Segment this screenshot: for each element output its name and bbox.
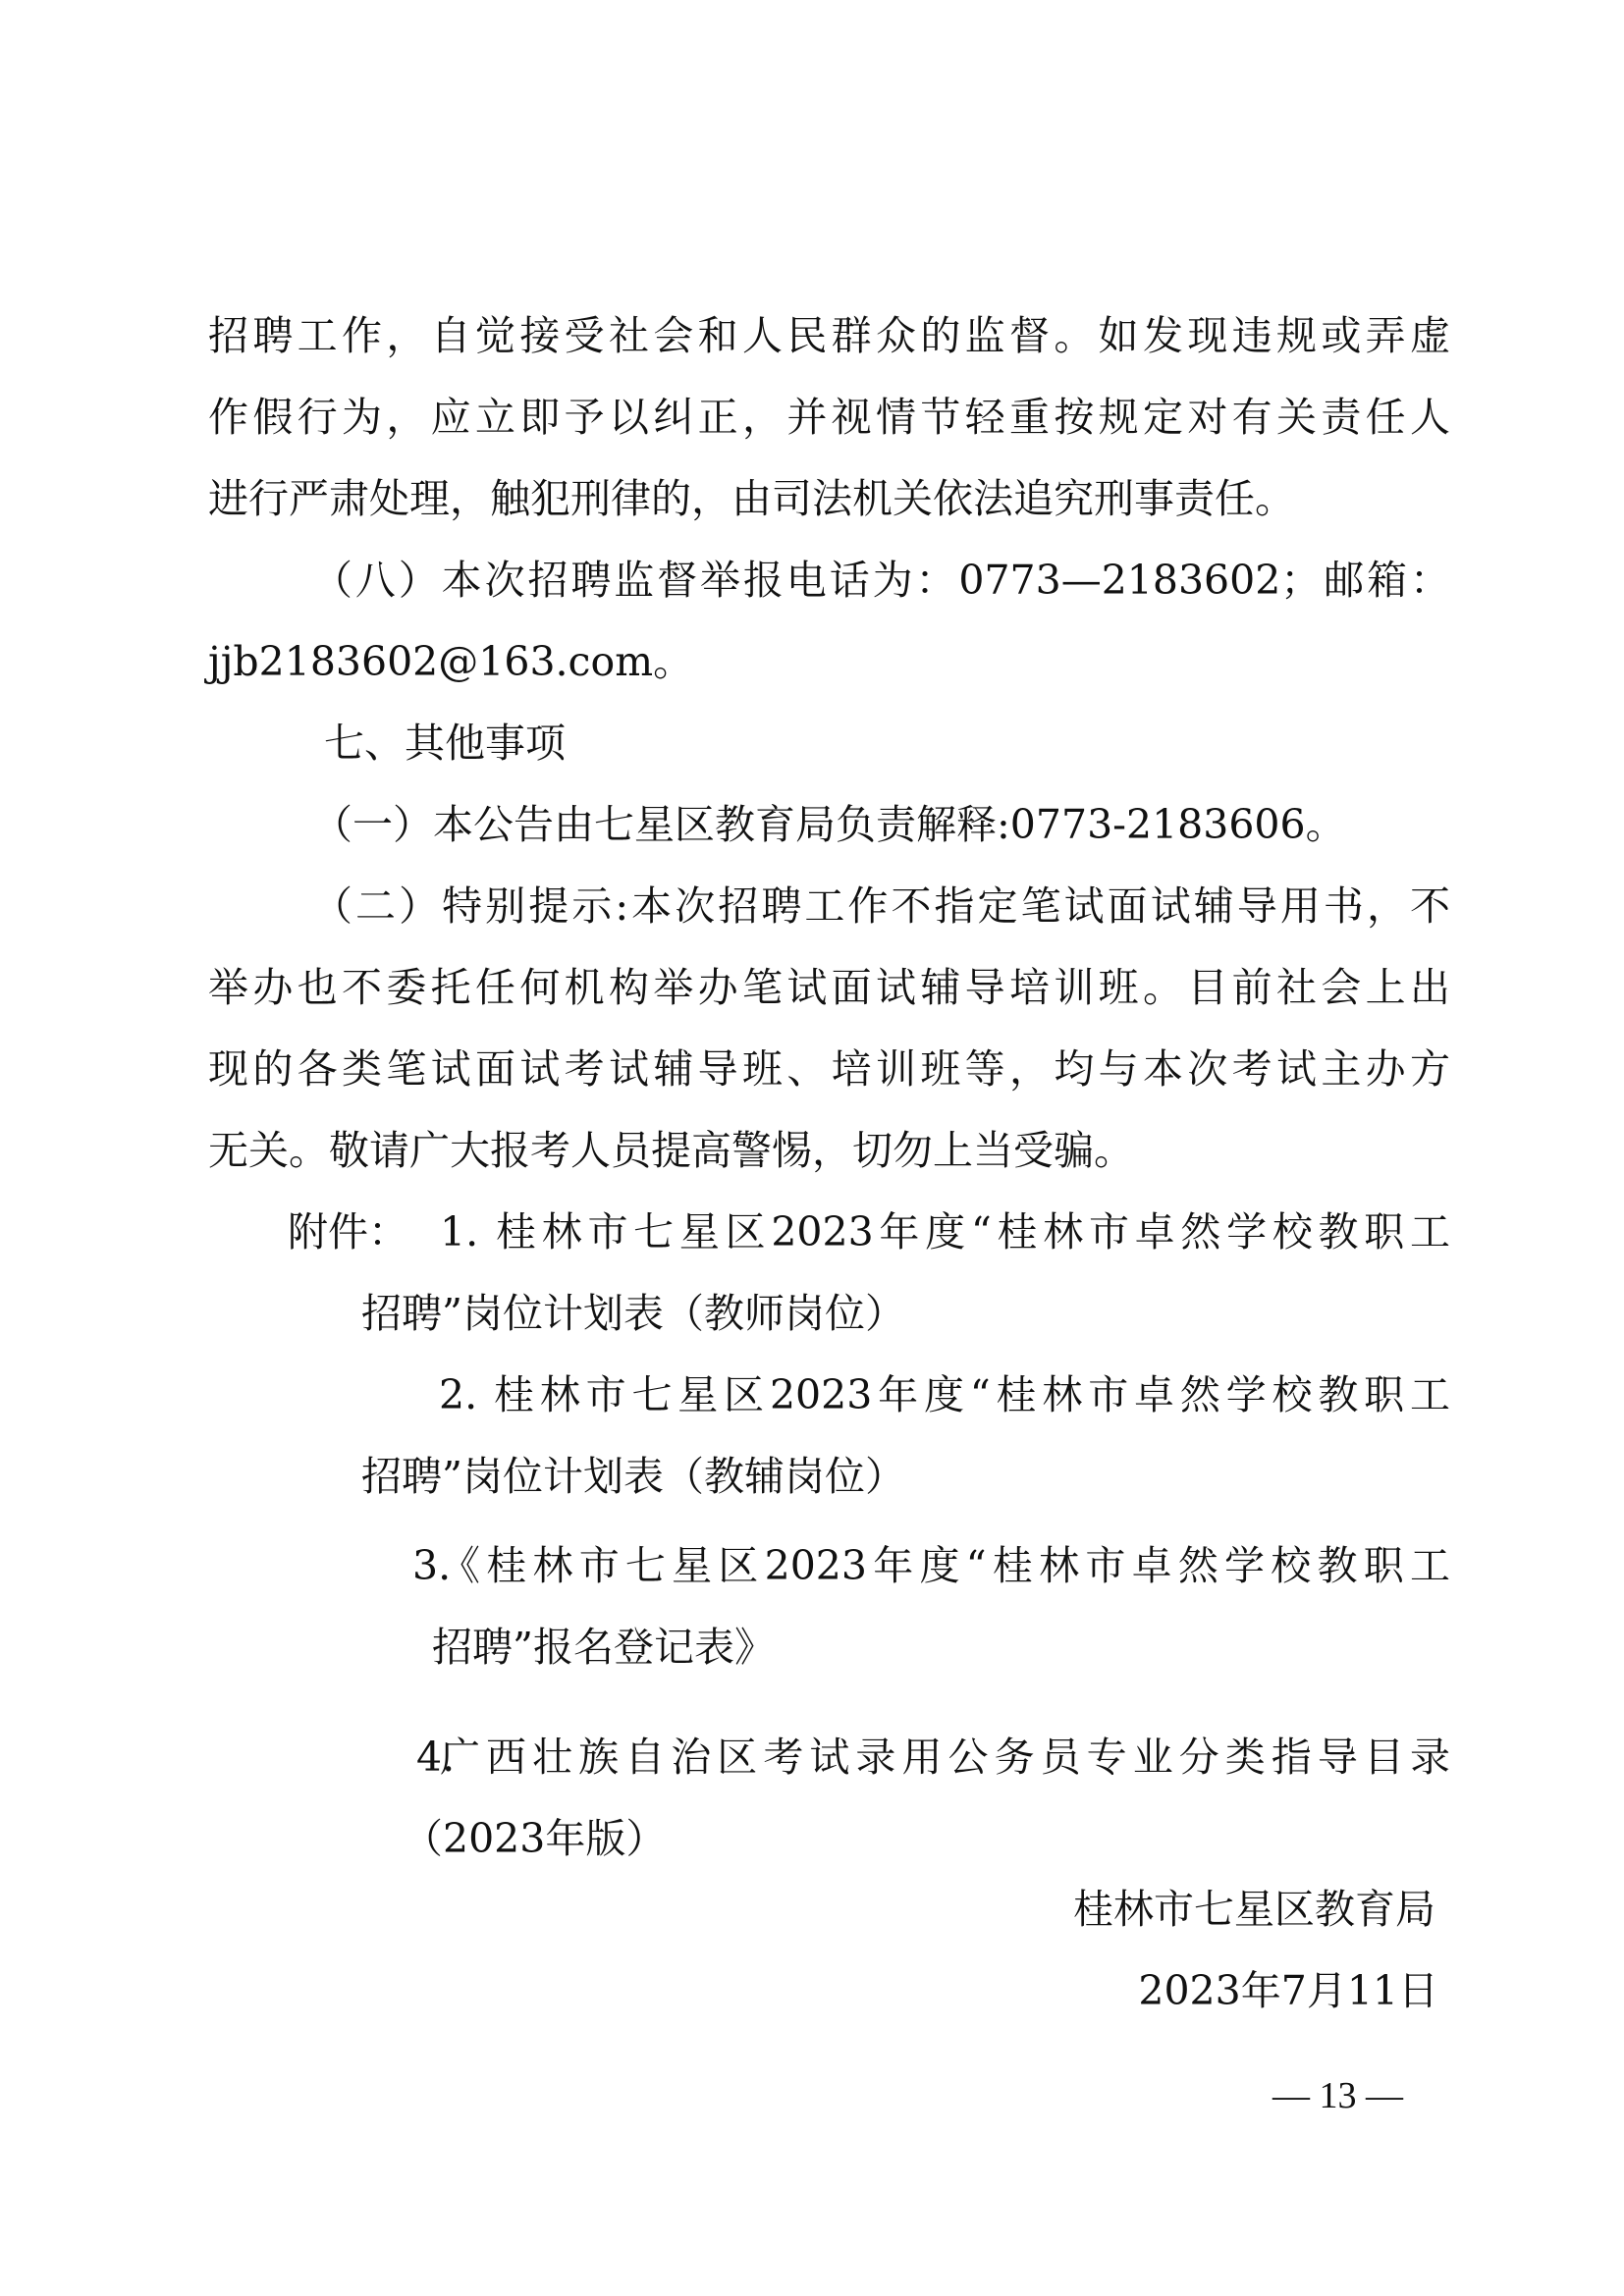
- attachment-title: 桂林市七星区2023年度“桂林市卓然学校教职工: [494, 1365, 1450, 1424]
- paragraph-line: 进行严肃处理，触犯刑律的，由司法机关依法追究刑事责任。: [208, 469, 1295, 528]
- supervision-email: jjb2183602@163.com。: [208, 632, 693, 691]
- attachments-label: 附件：: [288, 1202, 408, 1261]
- attachment-title: 广西壮族自治区考试录用公务员专业分类指导目录: [440, 1728, 1450, 1787]
- paragraph-line: 作假行为，应立即予以纠正，并视情节轻重按规定对有关责任人: [208, 388, 1450, 447]
- special-notice-line: （二）特别提示:本次招聘工作不指定笔试面试辅导用书，不: [312, 877, 1450, 935]
- issue-date: 2023年7月11日: [884, 1961, 1438, 2020]
- special-notice-line: 无关。敬请广大报考人员提高警惕，切勿上当受骗。: [208, 1121, 1134, 1180]
- attachment-title-cont: 招聘”岗位计划表（教师岗位）: [361, 1284, 905, 1343]
- attachment-title-cont: 招聘”岗位计划表（教辅岗位）: [361, 1447, 905, 1506]
- attachment-title: 《桂林市七星区2023年度“桂林市卓然学校教职工: [440, 1536, 1450, 1595]
- attachment-title-cont: 招聘”报名登记表》: [432, 1618, 775, 1677]
- attachment-title: 桂林市七星区2023年度“桂林市卓然学校教职工: [496, 1202, 1450, 1261]
- page-number: — 13 —: [1208, 2071, 1468, 2120]
- attachment-number: 2.: [439, 1365, 477, 1424]
- paragraph-line: 招聘工作，自觉接受社会和人民群众的监督。如发现违规或弄虚: [208, 306, 1450, 365]
- special-notice-line: 现的各类笔试面试考试辅导班、培训班等，均与本次考试主办方: [208, 1040, 1450, 1098]
- issuer-name: 桂林市七星区教育局: [884, 1880, 1435, 1939]
- section-heading: 七、其他事项: [324, 714, 566, 773]
- supervision-hotline-line: （八）本次招聘监督举报电话为：0773—2183602；邮箱：: [312, 551, 1450, 610]
- attachment-number: 1.: [440, 1202, 478, 1261]
- special-notice-line: 举办也不委托任何机构举办笔试面试辅导培训班。目前社会上出: [208, 958, 1450, 1017]
- document-page: 招聘工作，自觉接受社会和人民群众的监督。如发现违规或弄虚 作假行为，应立即予以纠…: [0, 0, 1624, 2296]
- interpretation-note: （一）本公告由七星区教育局负责解释:0773-2183606。: [312, 795, 1346, 854]
- attachment-title-cont: （2023年版）: [403, 1809, 666, 1868]
